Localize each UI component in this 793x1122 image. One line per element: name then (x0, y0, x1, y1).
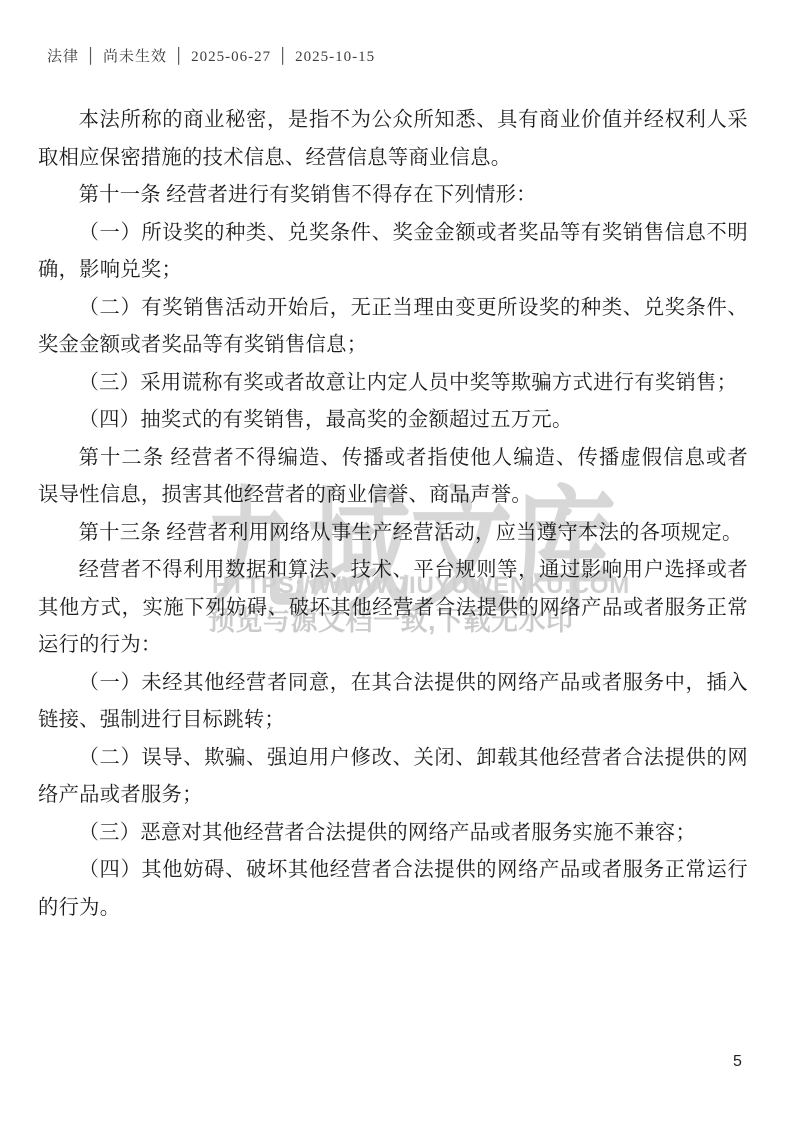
text-line: 第十一条 经营者进行有奖销售不得存在下列情形： (38, 177, 748, 215)
paragraph: （四）抽奖式的有奖销售，最高奖的金额超过五万元。 (38, 402, 748, 440)
text-line: 第十二条 经营者不得编造、传播或者指使他人编造、传播虚假信息或者 (38, 440, 748, 478)
text-line: （二）误导、欺骗、强迫用户修改、关闭、卸载其他经营者合法提供的网 (38, 740, 748, 778)
text-line: 经营者不得利用数据和算法、技术、平台规则等，通过影响用户选择或者 (38, 552, 748, 590)
paragraph: （二）误导、欺骗、强迫用户修改、关闭、卸载其他经营者合法提供的网络产品或者服务； (38, 740, 748, 815)
doc-status-label: 尚未生效 (103, 49, 167, 65)
paragraph: 本法所称的商业秘密，是指不为公众所知悉、具有商业价值并经权利人采取相应保密措施的… (38, 102, 748, 177)
paragraph: （三）恶意对其他经营者合法提供的网络产品或者服务实施不兼容； (38, 815, 748, 853)
text-line: 奖金金额或者奖品等有奖销售信息； (38, 327, 748, 365)
paragraph: 第十二条 经营者不得编造、传播或者指使他人编造、传播虚假信息或者误导性信息，损害… (38, 440, 748, 515)
text-line: 链接、强制进行目标跳转； (38, 702, 748, 740)
text-line: 的行为。 (38, 890, 748, 928)
text-line: （三）采用谎称有奖或者故意让内定人员中奖等欺骗方式进行有奖销售； (38, 365, 748, 403)
document-body: 本法所称的商业秘密，是指不为公众所知悉、具有商业价值并经权利人采取相应保密措施的… (38, 102, 748, 927)
text-line: 确，影响兑奖； (38, 252, 748, 290)
text-line: （三）恶意对其他经营者合法提供的网络产品或者服务实施不兼容； (38, 815, 748, 853)
paragraph: （一）未经其他经营者同意，在其合法提供的网络产品或者服务中，插入链接、强制进行目… (38, 665, 748, 740)
doc-publish-date: 2025-06-27 (191, 49, 271, 65)
paragraph: 第十三条 经营者利用网络从事生产经营活动，应当遵守本法的各项规定。 (38, 515, 748, 553)
text-line: （一）所设奖的种类、兑奖条件、奖金金额或者奖品等有奖销售信息不明 (38, 215, 748, 253)
separator: │ (278, 47, 288, 65)
separator: │ (174, 47, 184, 65)
paragraph: （四）其他妨碍、破坏其他经营者合法提供的网络产品或者服务正常运行的行为。 (38, 852, 748, 927)
text-line: 取相应保密措施的技术信息、经营信息等商业信息。 (38, 140, 748, 178)
doc-type-label: 法律 (47, 49, 79, 65)
text-line: 络产品或者服务； (38, 777, 748, 815)
paragraph: （二）有奖销售活动开始后，无正当理由变更所设奖的种类、兑奖条件、奖金金额或者奖品… (38, 290, 748, 365)
page-number: 5 (733, 1053, 742, 1071)
text-line: （四）抽奖式的有奖销售，最高奖的金额超过五万元。 (38, 402, 748, 440)
document-page: 法律│尚未生效│2025-06-27│2025-10-15 九域文库 HTTPS… (0, 0, 793, 1122)
text-line: （四）其他妨碍、破坏其他经营者合法提供的网络产品或者服务正常运行 (38, 852, 748, 890)
paragraph: 第十一条 经营者进行有奖销售不得存在下列情形： (38, 177, 748, 215)
text-line: 误导性信息，损害其他经营者的商业信誉、商品声誉。 (38, 477, 748, 515)
text-line: 其他方式，实施下列妨碍、破坏其他经营者合法提供的网络产品或者服务正常 (38, 590, 748, 628)
paragraph: （三）采用谎称有奖或者故意让内定人员中奖等欺骗方式进行有奖销售； (38, 365, 748, 403)
text-line: （一）未经其他经营者同意，在其合法提供的网络产品或者服务中，插入 (38, 665, 748, 703)
text-line: 本法所称的商业秘密，是指不为公众所知悉、具有商业价值并经权利人采 (38, 102, 748, 140)
paragraph: （一）所设奖的种类、兑奖条件、奖金金额或者奖品等有奖销售信息不明确，影响兑奖； (38, 215, 748, 290)
text-line: （二）有奖销售活动开始后，无正当理由变更所设奖的种类、兑奖条件、 (38, 290, 748, 328)
document-meta-header: 法律│尚未生效│2025-06-27│2025-10-15 (47, 47, 375, 67)
text-line: 第十三条 经营者利用网络从事生产经营活动，应当遵守本法的各项规定。 (38, 515, 748, 553)
paragraph: 经营者不得利用数据和算法、技术、平台规则等，通过影响用户选择或者其他方式，实施下… (38, 552, 748, 665)
doc-effective-date: 2025-10-15 (295, 49, 375, 65)
text-line: 运行的行为： (38, 627, 748, 665)
separator: │ (86, 47, 96, 65)
